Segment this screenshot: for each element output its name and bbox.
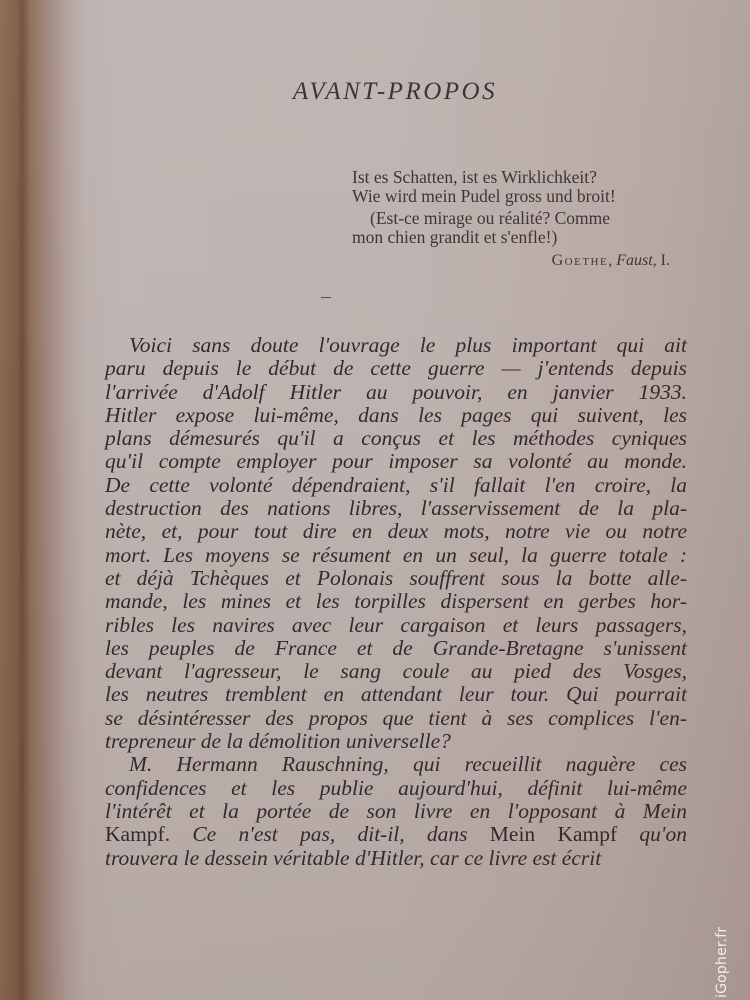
epigraph-work-title: Faust xyxy=(616,252,652,269)
epigraph-work-part: , I. xyxy=(653,252,670,269)
epigraph: Ist es Schatten, ist es Wirklichkeit? Wi… xyxy=(352,168,692,270)
epigraph-author: Goethe xyxy=(552,252,609,269)
body-line: Voici sans doute l'ouvrage le plus impor… xyxy=(105,334,687,357)
book-title-reference: Kampf. xyxy=(105,822,192,846)
body-line: De cette volonté dépendraient, s'il fall… xyxy=(105,474,687,497)
body-line: l'arrivée d'Adolf Hitler au pouvoir, en … xyxy=(105,381,687,404)
body-line: trepreneur de la démolition universelle? xyxy=(105,730,687,753)
body-line: plans démesurés qu'il a conçus et les mé… xyxy=(105,427,687,450)
epigraph-attribution: Goethe, Faust, I. xyxy=(352,251,692,270)
body-text: Voici sans doute l'ouvrage le plus impor… xyxy=(105,334,687,870)
book-title-reference: Mein Kampf xyxy=(490,822,640,846)
body-line: devant l'agresseur, le sang coule au pie… xyxy=(105,660,687,683)
body-line: les peuples de France et de Grande-Breta… xyxy=(105,637,687,660)
section-divider xyxy=(321,297,331,298)
body-line: confidences et les publie aujourd'hui, d… xyxy=(105,777,687,800)
body-line: trouvera le dessein véritable d'Hitler, … xyxy=(105,847,687,870)
body-line: paru depuis le début de cette guerre — j… xyxy=(105,357,687,380)
chapter-title: AVANT-PROPOS xyxy=(0,78,750,106)
body-line: mort. Les moyens se résument en un seul,… xyxy=(105,544,687,567)
body-line: mande, les mines et les torpilles disper… xyxy=(105,590,687,613)
body-line: destruction des nations libres, l'asserv… xyxy=(105,497,687,520)
body-line: et déjà Tchèques et Polonais souffrent s… xyxy=(105,567,687,590)
epigraph-translation-line: mon chien grandit et s'enfle!) xyxy=(352,228,692,247)
body-line: Kampf. Ce n'est pas, dit-il, dans Mein K… xyxy=(105,823,687,846)
epigraph-original-line: Wie wird mein Pudel gross und broit! xyxy=(352,187,692,206)
body-line: l'intérêt et la portée de son livre en l… xyxy=(105,800,687,823)
epigraph-translation-line: (Est-ce mirage ou réalité? Comme xyxy=(352,209,692,228)
body-line: qu'il compte employer pour imposer sa vo… xyxy=(105,450,687,473)
body-line: les neutres tremblent en attendant leur … xyxy=(105,683,687,706)
body-line: Hitler expose lui-même, dans les pages q… xyxy=(105,404,687,427)
body-line: se désintéresser des propos que tient à … xyxy=(105,707,687,730)
watermark: iGopher.fr xyxy=(714,927,730,998)
body-line: nète, et, pour tout dire en deux mots, n… xyxy=(105,520,687,543)
body-segment: Ce n'est pas, dit-il, dans xyxy=(192,822,489,846)
epigraph-original-line: Ist es Schatten, ist es Wirklichkeit? xyxy=(352,168,692,187)
body-segment: qu'on xyxy=(639,822,687,846)
body-line: M. Hermann Rauschning, qui recueillit na… xyxy=(105,753,687,776)
body-line: ribles les navires avec leur cargaison e… xyxy=(105,614,687,637)
